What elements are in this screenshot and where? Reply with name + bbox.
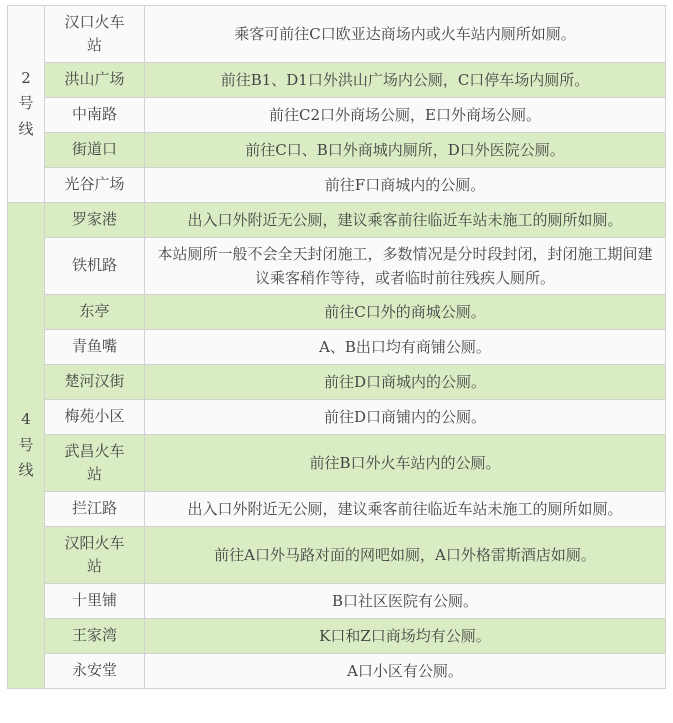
table-row: 东亭 前往C口外的商城公厕。	[8, 295, 666, 330]
table-row: 汉阳火车站 前往A口外马路对面的网吧如厕，A口外格雷斯酒店如厕。	[8, 527, 666, 584]
station-name: 罗家港	[45, 203, 145, 238]
toilet-note: 本站厕所一般不会全天封闭施工，多数情况是分时段封闭，封闭施工期间建议乘客稍作等待…	[145, 238, 666, 295]
table-row: 2号线 汉口火车站 乘客可前往C口欧亚达商场内或火车站内厕所如厕。	[8, 6, 666, 63]
toilet-note: 前往C口外的商城公厕。	[145, 295, 666, 330]
toilet-info-table: 2号线 汉口火车站 乘客可前往C口欧亚达商场内或火车站内厕所如厕。 洪山广场 前…	[7, 5, 666, 689]
table-row: 永安堂 A口小区有公厕。	[8, 654, 666, 689]
table-row: 楚河汉街 前往D口商城内的公厕。	[8, 365, 666, 400]
line-2-label-cell: 2号线	[8, 6, 45, 203]
station-name: 楚河汉街	[45, 365, 145, 400]
toilet-note: 出入口外附近无公厕，建议乘客前往临近车站未施工的厕所如厕。	[145, 492, 666, 527]
toilet-note: A、B出口均有商铺公厕。	[145, 330, 666, 365]
station-name: 中南路	[45, 98, 145, 133]
station-name: 梅苑小区	[45, 400, 145, 435]
line-4-label-cell: 4号线	[8, 203, 45, 689]
table-row: 梅苑小区 前往D口商铺内的公厕。	[8, 400, 666, 435]
page-background: 2号线 汉口火车站 乘客可前往C口欧亚达商场内或火车站内厕所如厕。 洪山广场 前…	[0, 0, 673, 723]
station-name: 拦江路	[45, 492, 145, 527]
line-2-label: 2号线	[18, 66, 35, 143]
table-row: 十里铺 B口社区医院有公厕。	[8, 584, 666, 619]
station-name: 光谷广场	[45, 168, 145, 203]
station-name: 铁机路	[45, 238, 145, 295]
table-row: 洪山广场 前往B1、D1口外洪山广场内公厕，C口停车场内厕所。	[8, 63, 666, 98]
table-row: 4号线 罗家港 出入口外附近无公厕，建议乘客前往临近车站未施工的厕所如厕。	[8, 203, 666, 238]
toilet-note: 前往D口商城内的公厕。	[145, 365, 666, 400]
toilet-note: 乘客可前往C口欧亚达商场内或火车站内厕所如厕。	[145, 6, 666, 63]
toilet-note: 出入口外附近无公厕，建议乘客前往临近车站未施工的厕所如厕。	[145, 203, 666, 238]
station-name: 洪山广场	[45, 63, 145, 98]
toilet-note: 前往A口外马路对面的网吧如厕，A口外格雷斯酒店如厕。	[145, 527, 666, 584]
toilet-note: 前往D口商铺内的公厕。	[145, 400, 666, 435]
toilet-note: 前往F口商城内的公厕。	[145, 168, 666, 203]
table-row: 中南路 前往C2口外商场公厕，E口外商场公厕。	[8, 98, 666, 133]
toilet-note: 前往C2口外商场公厕，E口外商场公厕。	[145, 98, 666, 133]
station-name: 东亭	[45, 295, 145, 330]
table-row: 拦江路 出入口外附近无公厕，建议乘客前往临近车站未施工的厕所如厕。	[8, 492, 666, 527]
table-row: 光谷广场 前往F口商城内的公厕。	[8, 168, 666, 203]
table-row: 武昌火车站 前往B口外火车站内的公厕。	[8, 435, 666, 492]
toilet-note: 前往B1、D1口外洪山广场内公厕，C口停车场内厕所。	[145, 63, 666, 98]
station-name: 十里铺	[45, 584, 145, 619]
table-row: 青鱼嘴 A、B出口均有商铺公厕。	[8, 330, 666, 365]
table-row: 铁机路 本站厕所一般不会全天封闭施工，多数情况是分时段封闭，封闭施工期间建议乘客…	[8, 238, 666, 295]
station-name: 汉口火车站	[45, 6, 145, 63]
toilet-note: K口和Z口商场均有公厕。	[145, 619, 666, 654]
table-row: 王家湾 K口和Z口商场均有公厕。	[8, 619, 666, 654]
station-name: 青鱼嘴	[45, 330, 145, 365]
station-name: 武昌火车站	[45, 435, 145, 492]
toilet-note: 前往B口外火车站内的公厕。	[145, 435, 666, 492]
station-name: 汉阳火车站	[45, 527, 145, 584]
station-name: 永安堂	[45, 654, 145, 689]
toilet-note: A口小区有公厕。	[145, 654, 666, 689]
table-row: 街道口 前往C口、B口外商城内厕所，D口外医院公厕。	[8, 133, 666, 168]
line-4-label: 4号线	[18, 407, 35, 484]
station-name: 王家湾	[45, 619, 145, 654]
toilet-note: B口社区医院有公厕。	[145, 584, 666, 619]
station-name: 街道口	[45, 133, 145, 168]
toilet-note: 前往C口、B口外商城内厕所，D口外医院公厕。	[145, 133, 666, 168]
